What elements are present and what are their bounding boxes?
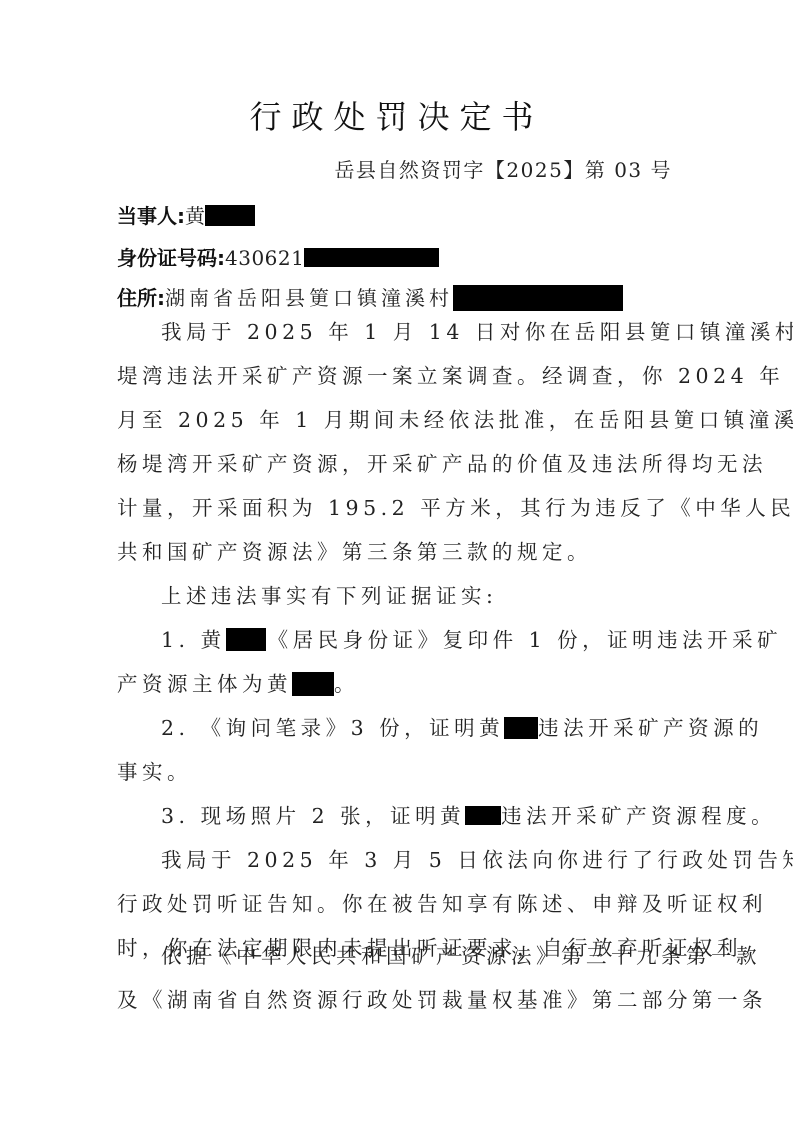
redaction-box-name [226,628,266,651]
paragraph-line: 我局于 2025 年 3 月 5 日依法向你进行了行政处罚告知和 [117,838,673,882]
evidence-2-text: 违法开采矿产资源的 [538,716,763,740]
paragraph-evidence-intro: 上述违法事实有下列证据证实: [117,574,673,618]
evidence-3-text: 违法开采矿产资源程度。 [501,804,776,828]
redaction-box-address [453,285,623,311]
evidence-line: 2. 《询问笔录》3 份，证明黄违法开采矿产资源的 [117,706,673,750]
id-number-line: 身份证号码:430621 [117,242,677,271]
address-label: 住所: [117,286,165,310]
id-number-visible: 430621 [225,246,304,270]
party-line: 当事人:黄 [117,200,677,229]
evidence-1-text: 《居民身份证》复印件 1 份，证明违法开采矿 [268,628,783,652]
evidence-1-prefix: 1. 黄 [161,628,226,652]
paragraph-line: 我局于 2025 年 1 月 14 日对你在岳阳县筻口镇潼溪村杨 [117,310,673,354]
paragraph-line: 及《湖南省自然资源行政处罚裁量权基准》第二部分第一条 [117,978,673,1022]
paragraph-line: 月至 2025 年 1 月期间未经依法批准，在岳阳县筻口镇潼溪村 [117,398,673,442]
paragraph-line: 依据《中华人民共和国矿产资源法》第三十九条第一款 [117,934,673,978]
paragraph-line: 计量，开采面积为 195.2 平方米，其行为违反了《中华人民 [117,486,673,530]
document-page: 行政处罚决定书 岳县自然资罚字【2025】第 03 号 当事人:黄 身份证号码:… [0,0,793,1122]
party-name-visible: 黄 [185,204,205,228]
evidence-2-cont: 事实。 [117,750,673,794]
redaction-box-name [504,717,538,739]
evidence-item-3: 3. 现场照片 2 张，证明黄违法开采矿产资源程度。 [117,794,673,838]
paragraph-facts: 我局于 2025 年 1 月 14 日对你在岳阳县筻口镇潼溪村杨 堤湾违法开采矿… [117,310,673,574]
redaction-box-name [465,806,501,825]
paragraph-line: 堤湾违法开采矿产资源一案立案调查。经调查，你 2024 年 7 [117,354,673,398]
evidence-item-1: 1. 黄《居民身份证》复印件 1 份，证明违法开采矿 产资源主体为黄。 [117,618,673,706]
paragraph-line: 杨堤湾开采矿产资源，开采矿产品的价值及违法所得均无法 [117,442,673,486]
document-number: 岳县自然资罚字【2025】第 03 号 [334,154,672,183]
evidence-line: 3. 现场照片 2 张，证明黄违法开采矿产资源程度。 [117,794,673,838]
evidence-line: 1. 黄《居民身份证》复印件 1 份，证明违法开采矿 [117,618,673,662]
document-title: 行政处罚决定书 [0,92,793,138]
evidence-line: 产资源主体为黄。 [117,662,673,706]
paragraph-line: 共和国矿产资源法》第三条第三款的规定。 [117,530,673,574]
redaction-box-name [292,672,334,696]
evidence-2-prefix: 2. 《询问笔录》3 份，证明黄 [161,716,504,740]
evidence-3-prefix: 3. 现场照片 2 张，证明黄 [161,804,465,828]
evidence-1-end: 。 [334,672,359,696]
evidence-1-cont: 产资源主体为黄 [117,672,292,696]
party-label: 当事人: [117,204,185,228]
evidence-item-2: 2. 《询问笔录》3 份，证明黄违法开采矿产资源的 事实。 [117,706,673,794]
paragraph-line: 行政处罚听证告知。你在被告知享有陈述、申辩及听证权利 [117,882,673,926]
address-line: 住所:湖南省岳阳县筻口镇潼溪村 [117,282,677,311]
redaction-box-party-name [205,205,255,226]
redaction-box-id-number [304,248,439,267]
address-visible: 湖南省岳阳县筻口镇潼溪村 [165,286,453,310]
id-number-label: 身份证号码: [117,246,225,270]
paragraph-line: 上述违法事实有下列证据证实: [117,574,673,618]
paragraph-legal-basis: 依据《中华人民共和国矿产资源法》第三十九条第一款 及《湖南省自然资源行政处罚裁量… [117,934,673,1022]
